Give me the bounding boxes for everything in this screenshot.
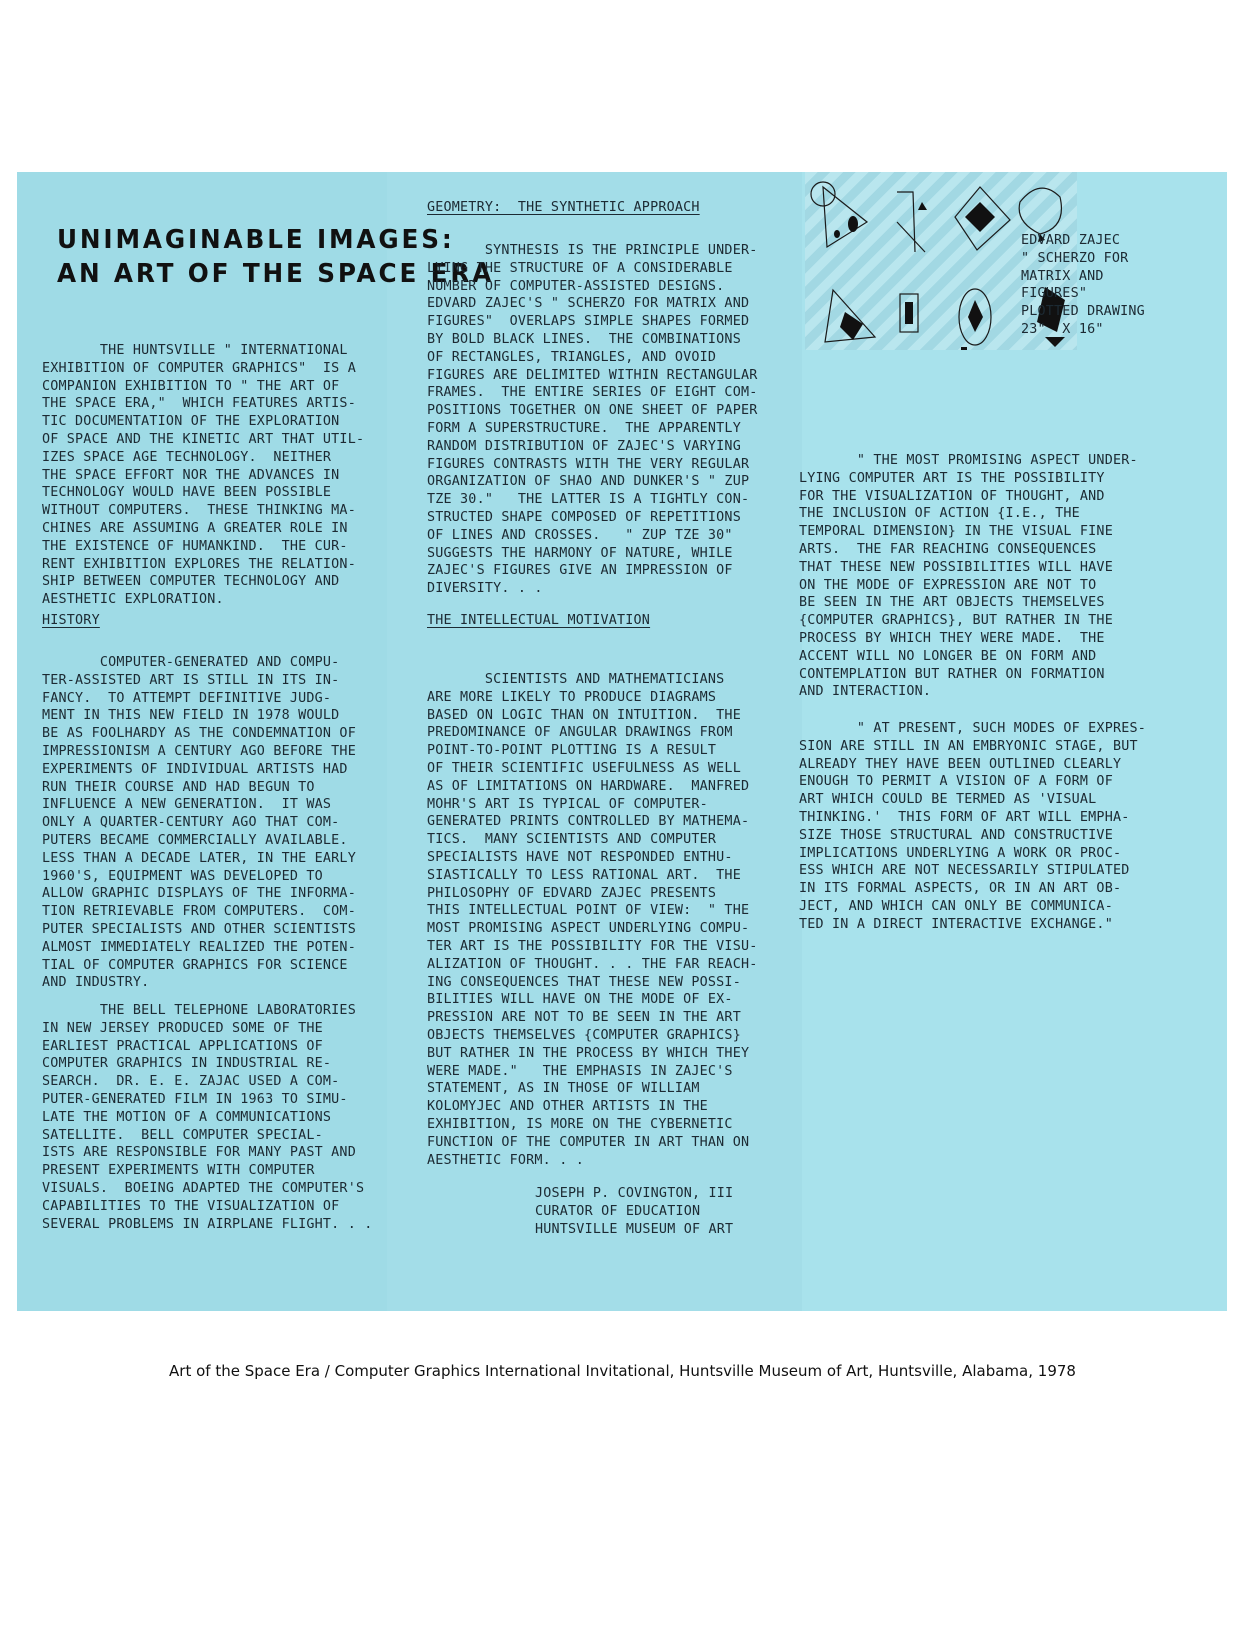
- author-signature: JOSEPH P. COVINGTON, III CURATOR OF EDUC…: [535, 1185, 733, 1238]
- quote-paragraph-1: " THE MOST PROMISING ASPECT UNDER- LYING…: [799, 452, 1138, 701]
- page-caption: Art of the Space Era / Computer Graphics…: [0, 1362, 1245, 1380]
- history-heading: HISTORY: [42, 612, 100, 630]
- geometry-paragraph: SYNTHESIS IS THE PRINCIPLE UNDER- LYING …: [427, 242, 757, 598]
- intro-paragraph: THE HUNTSVILLE " INTERNATIONAL EXHIBITIO…: [42, 342, 364, 609]
- history-paragraph-1: COMPUTER-GENERATED AND COMPU- TER-ASSIST…: [42, 654, 356, 992]
- brochure-page: UNIMAGINABLE IMAGES: AN ART OF THE SPACE…: [17, 172, 1227, 1311]
- history-paragraph-2: THE BELL TELEPHONE LABORATORIES IN NEW J…: [42, 1002, 372, 1233]
- geometry-heading: GEOMETRY: THE SYNTHETIC APPROACH: [427, 199, 700, 217]
- artwork-caption: EDVARD ZAJEC " SCHERZO FOR MATRIX AND FI…: [1021, 232, 1145, 339]
- motivation-paragraph: SCIENTISTS AND MATHEMATICIANS ARE MORE L…: [427, 671, 757, 1169]
- quote-paragraph-2: " AT PRESENT, SUCH MODES OF EXPRES- SION…: [799, 720, 1146, 934]
- motivation-heading: THE INTELLECTUAL MOTIVATION: [427, 612, 650, 630]
